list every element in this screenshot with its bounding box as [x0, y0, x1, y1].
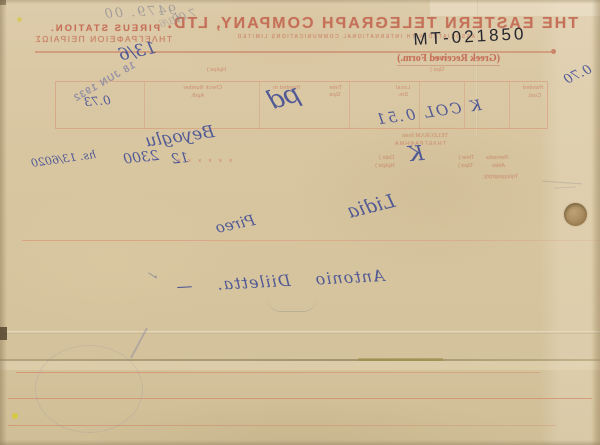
label-remarks: Remarks	[486, 155, 508, 161]
scanned-telegram-document: THE EASTERN TELEGRAPH COMPANY, LTD. ASSO…	[0, 0, 600, 445]
table-divider	[509, 81, 510, 129]
edge-bottom	[0, 440, 600, 445]
th-cost: Cost.	[527, 93, 541, 99]
yellow-speck	[17, 17, 22, 22]
th-check-number: Check Number	[183, 85, 222, 91]
label-time-2: Time )	[459, 155, 474, 161]
table-divider	[144, 81, 145, 129]
th-handed: Handed	[522, 85, 543, 91]
th-time: Time	[329, 85, 342, 91]
table-divider	[349, 81, 350, 129]
faint-pencil-marks	[542, 181, 582, 185]
edge-chip-bottom-left	[0, 327, 7, 340]
hw-signature: Antonio Diiletta. —	[175, 266, 385, 296]
station-name: PIREUS STATION.	[49, 23, 160, 34]
hw-words-12: 12	[170, 150, 189, 168]
faint-pencil-curve	[267, 298, 317, 312]
hw-name-lidia: Lidia	[345, 190, 397, 223]
header-rule-dot	[551, 49, 556, 54]
th-stn: Stn.	[397, 92, 408, 98]
form-name: (Greek Received Form.)	[397, 53, 500, 66]
edge-top	[0, 0, 600, 4]
label-telegram-from: TELEGRAM from	[402, 133, 448, 139]
label-imera-2: Ἡμέρα )	[375, 163, 395, 169]
label-imera-1: Ημέρα )	[207, 67, 226, 73]
faint-circular-stamp	[35, 345, 143, 433]
label-date-1: Date )	[430, 56, 445, 62]
edge-chip-top-left	[0, 0, 6, 5]
faint-pencil-marks	[554, 186, 576, 188]
label-ora-1: Ώρα )	[430, 67, 444, 73]
th-ora: Ώρα	[329, 92, 340, 98]
table-divider	[259, 81, 260, 129]
hw-letter-k: K	[407, 141, 425, 166]
label-date-2: Date )	[379, 155, 394, 161]
edge-left	[0, 0, 7, 445]
th-arith: Αριθ.	[190, 93, 204, 99]
label-tilegrafitis: Τηλεγραφητής	[483, 174, 518, 180]
hw-ref-number: hs. 13/6020	[30, 148, 97, 170]
edge-right	[592, 0, 600, 445]
hw-place-pireo: Pireo	[214, 211, 257, 237]
punch-hole	[564, 203, 587, 226]
hw-amount-073: 0.73	[83, 93, 111, 109]
hw-check-mark: ✓	[147, 268, 160, 285]
th-local: Local	[396, 85, 410, 91]
hw-time-2300: 2300	[123, 148, 160, 168]
label-aitiai: Αἰτίαι	[492, 163, 505, 169]
yellow-speck	[12, 413, 18, 419]
hw-amount-070: 0.70	[562, 62, 595, 88]
label-ora-2: Ὥρα )	[458, 163, 473, 169]
